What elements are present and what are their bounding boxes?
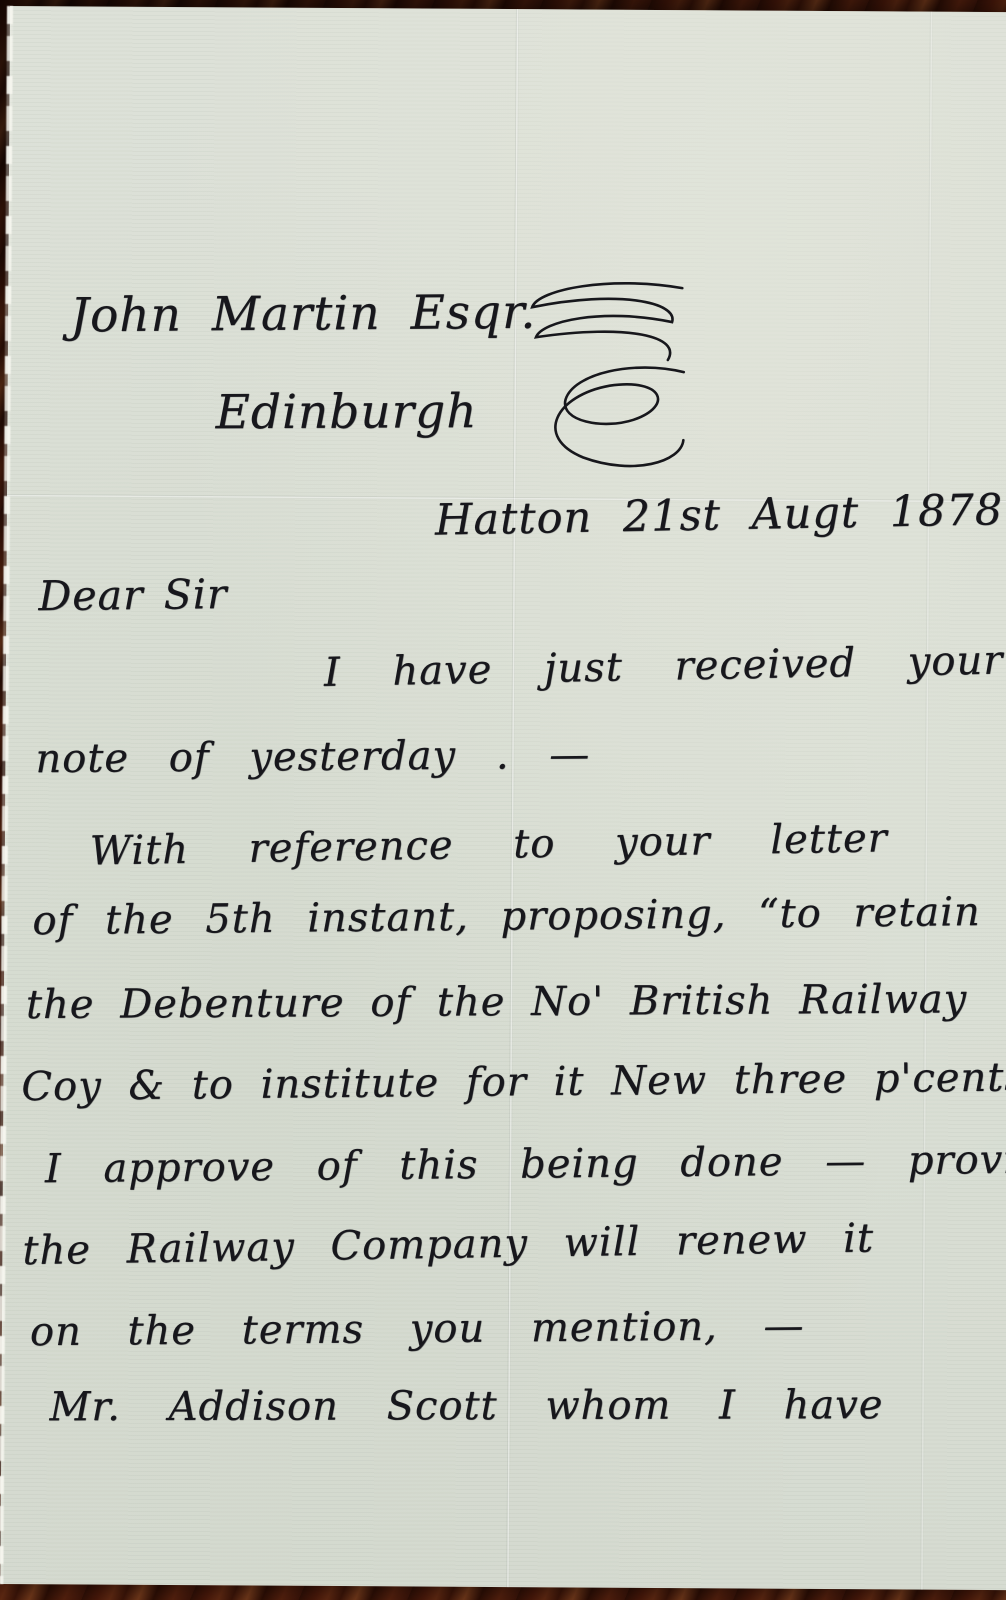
ink-coil-flourish-icon [515, 355, 688, 478]
letter-body-line: Mr. Addison Scott whom I have [49, 1382, 883, 1430]
letter-body-line: of the 5th instant, proposing, “to retai… [32, 889, 981, 944]
photo-frame: John Martin Esqr. Edinburgh Hatton 21st … [0, 0, 1006, 1600]
letter-body-line: I approve of this being done — provided [45, 1136, 1006, 1192]
letter-paper: John Martin Esqr. Edinburgh Hatton 21st … [0, 6, 1006, 1590]
letter-body-line: the Railway Company will renew it [22, 1215, 874, 1274]
letter-body-line: on the terms you mention, — [30, 1303, 805, 1355]
letter-body-line: the Debenture of the No' British Railway [26, 976, 968, 1028]
letter-body-line: note of yesterday . — [35, 732, 590, 782]
ink-scribble-flourish-icon [500, 275, 691, 368]
letter-body-line: With reference to your letter [89, 815, 888, 874]
recipient-name: John Martin Esqr. [70, 285, 537, 344]
letter-body-line: I have just received your [324, 637, 1004, 695]
dateline: Hatton 21st Augt 1878 [434, 485, 1003, 545]
salutation: Dear Sir [38, 570, 228, 620]
vertical-fold-crease-right [920, 12, 933, 1590]
recipient-city: Edinburgh [215, 384, 477, 440]
letter-body-line: Coy & to institute for it New three p'ce… [21, 1054, 1006, 1110]
